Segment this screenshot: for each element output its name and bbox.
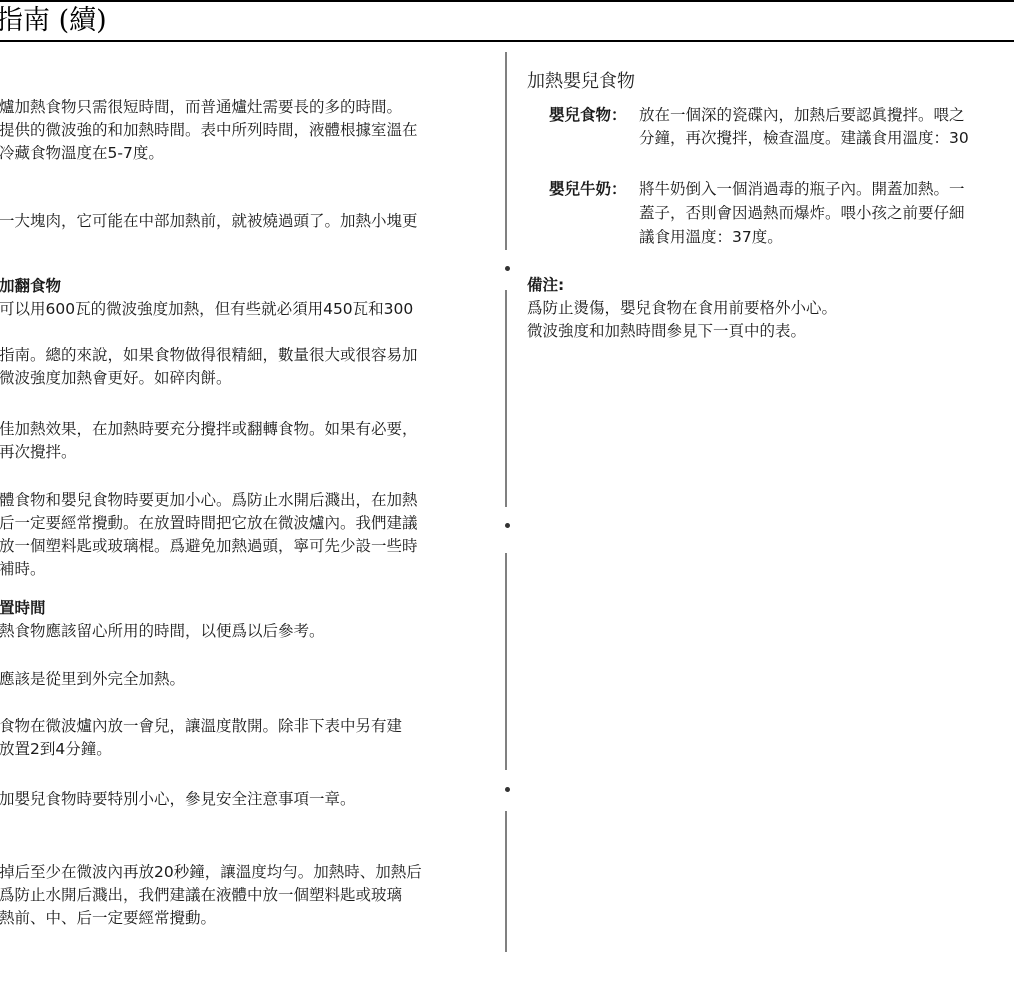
bullet-dot-icon <box>505 523 510 528</box>
definition-label: 嬰兒牛奶： <box>549 178 627 200</box>
section-heading: 加翻食物 <box>0 275 61 297</box>
divider-segment <box>505 811 507 952</box>
paragraph-line: 爲防止水開后濺出，我們建議在液體中放一個塑料匙或玻璃 <box>0 884 402 906</box>
note-label: 備注: <box>527 274 564 296</box>
paragraph-line: 熱食物應該留心所用的時間，以便爲以后參考。 <box>0 620 325 642</box>
section-title-baby-food: 加熱嬰兒食物 <box>527 69 635 95</box>
definition-line: 議食用溫度：37度。 <box>639 226 783 248</box>
definition-line: 放在一個深的瓷碟內，加熱后要認眞攪拌。喂之 <box>639 104 965 126</box>
bullet-dot-icon <box>505 266 510 271</box>
paragraph-line: 熱前、中、后一定要經常攪動。 <box>0 907 216 929</box>
paragraph-line: 加嬰兒食物時要特別小心，參見安全注意事項一章。 <box>0 788 356 810</box>
page-title: 指南 (續) <box>0 4 107 38</box>
note-line: 爲防止燙傷，嬰兒食物在食用前要格外小心。 <box>527 297 837 319</box>
divider-segment <box>505 553 507 770</box>
divider-segment <box>505 52 507 250</box>
paragraph-line: 佳加熱效果，在加熱時要充分攪拌或翻轉食物。如果有必要， <box>0 418 418 440</box>
paragraph-line: 掉后至少在微波內再放20秒鐘，讓溫度均勻。加熱時、加熱后 <box>0 861 422 883</box>
definition-line: 蓋子，否則會因過熱而爆炸。喂小孩之前要仔細 <box>639 202 965 224</box>
paragraph-line: 食物在微波爐內放一會兒，讓溫度散開。除非下表中另有建 <box>0 715 402 737</box>
paragraph-line: 指南。總的來說，如果食物做得很精細，數量很大或很容易加 <box>0 344 418 366</box>
paragraph-line: 。 <box>0 233 7 255</box>
header-top-rule <box>0 0 1014 2</box>
paragraph-line: 補時。 <box>0 558 46 580</box>
bullet-dot-icon <box>505 787 510 792</box>
definition-line: 分鐘，再次攪拌，檢查溫度。建議食用溫度：30 <box>639 127 969 149</box>
paragraph-line: 微波強度加熱會更好。如碎肉餅。 <box>0 367 232 389</box>
paragraph-line: 冷藏食物溫度在5-7度。 <box>0 142 164 164</box>
paragraph-line: 提供的微波強的和加熱時間。表中所列時間，液體根據室溫在 <box>0 119 418 141</box>
section-heading: 置時間 <box>0 597 46 619</box>
header-bottom-rule <box>0 40 1014 42</box>
paragraph-line: 后一定要經常攪動。在放置時間把它放在微波爐內。我們建議 <box>0 512 418 534</box>
definition-label: 嬰兒食物： <box>549 104 627 126</box>
paragraph-line: 應該是從里到外完全加熱。 <box>0 668 185 690</box>
paragraph-line: 放一個塑料匙或玻璃棍。爲避免加熱過頭，寧可先少設一些時 <box>0 535 418 557</box>
note-line: 微波強度和加熱時間參見下一頁中的表。 <box>527 320 806 342</box>
paragraph-line: 爐加熱食物只需很短時間，而普通爐灶需要長的多的時間。 <box>0 96 402 118</box>
paragraph-line: 放置2到4分鐘。 <box>0 738 112 760</box>
definition-line: 將牛奶倒入一個消過毒的瓶子內。開蓋加熱。一 <box>639 178 965 200</box>
paragraph-line: 一大塊肉，它可能在中部加熱前，就被燒過頭了。加熱小塊更 <box>0 210 418 232</box>
paragraph-line: 體食物和嬰兒食物時要更加小心。爲防止水開后濺出，在加熱 <box>0 489 418 511</box>
divider-segment <box>505 290 507 507</box>
paragraph-line: 可以用600瓦的微波強度加熱，但有些就必須用450瓦和300 <box>0 298 413 320</box>
paragraph-line: 再次攪拌。 <box>0 441 77 463</box>
